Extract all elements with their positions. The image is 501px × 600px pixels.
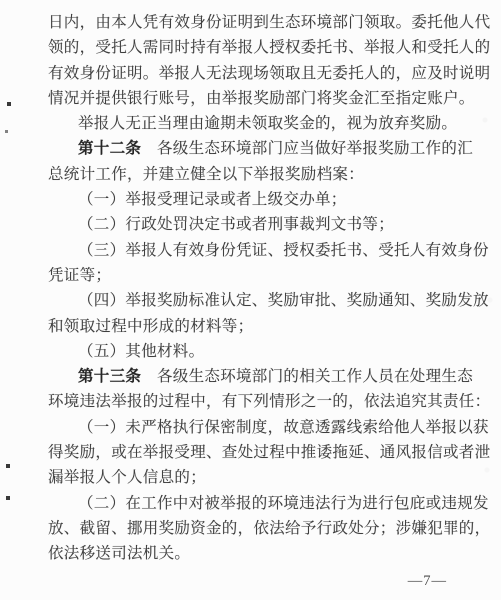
scanned-document-page: 日内，由本人凭有效身份证明到生态环境部门领取。委托他人代 领的，受托人需同时持有… [0, 0, 501, 600]
article-12-heading: 第十二条 [78, 140, 141, 157]
scan-speck [7, 102, 11, 106]
text-line: 各级生态环境部门应当做好举报奖励工作的汇 [141, 140, 473, 157]
text-line: 漏举报人个人信息的； [48, 465, 478, 490]
text-line: 举报人无正当理由逾期未领取奖金的，视为放弃奖励。 [48, 111, 478, 136]
scan-speck [5, 130, 8, 133]
scan-speck [6, 464, 10, 468]
scan-speck [6, 496, 10, 500]
page-number: —7— [408, 572, 447, 590]
text-line: 日内，由本人凭有效身份证明到生态环境部门领取。委托他人代 [48, 10, 478, 35]
text-line: 总统计工作，并建立健全以下举报奖励档案： [48, 162, 478, 187]
text-line: 依法移送司法机关。 [48, 541, 478, 566]
text-line: 情况并提供银行账号，由举报奖励部门将奖金汇至指定账户。 [48, 86, 478, 111]
text-line: （二）在工作中对被举报的环境违法行为进行包庇或违规发 [48, 491, 478, 516]
text-line: 第十二条 各级生态环境部门应当做好举报奖励工作的汇 [48, 136, 478, 161]
text-line: 环境违法举报的过程中，有下列情形之一的，依法追究其责任： [48, 389, 478, 414]
text-line: 放、截留、挪用奖励资金的，依法给予行政处分；涉嫌犯罪的， [48, 516, 478, 541]
text-line: （四）举报奖励标准认定、奖励审批、奖励通知、奖励发放 [48, 288, 478, 313]
document-body: 日内，由本人凭有效身份证明到生态环境部门领取。委托他人代 领的，受托人需同时持有… [48, 10, 478, 567]
text-line: 各级生态环境部门的相关工作人员在处理生态 [141, 368, 473, 385]
text-line: （五）其他材料。 [48, 339, 478, 364]
text-line: （三）举报人有效身份凭证、授权委托书、受托人有效身份 [48, 238, 478, 263]
text-line: （一）未严格执行保密制度，故意透露线索给他人举报以获 [48, 415, 478, 440]
text-line: 和领取过程中形成的材料等； [48, 314, 478, 339]
article-13-heading: 第十三条 [78, 368, 141, 385]
text-line: 得奖励，或在举报受理、查处过程中推诿拖延、通风报信或者泄 [48, 440, 478, 465]
text-line: 有效身份证明。举报人无法现场领取且无委托人的，应及时说明 [48, 61, 478, 86]
text-line: 领的，受托人需同时持有举报人授权委托书、举报人和受托人的 [48, 35, 478, 60]
text-line: （二）行政处罚决定书或者刑事裁判文书等； [48, 212, 478, 237]
text-line: 凭证等； [48, 263, 478, 288]
text-line: （一）举报受理记录或者上级交办单； [48, 187, 478, 212]
text-line: 第十三条 各级生态环境部门的相关工作人员在处理生态 [48, 364, 478, 389]
